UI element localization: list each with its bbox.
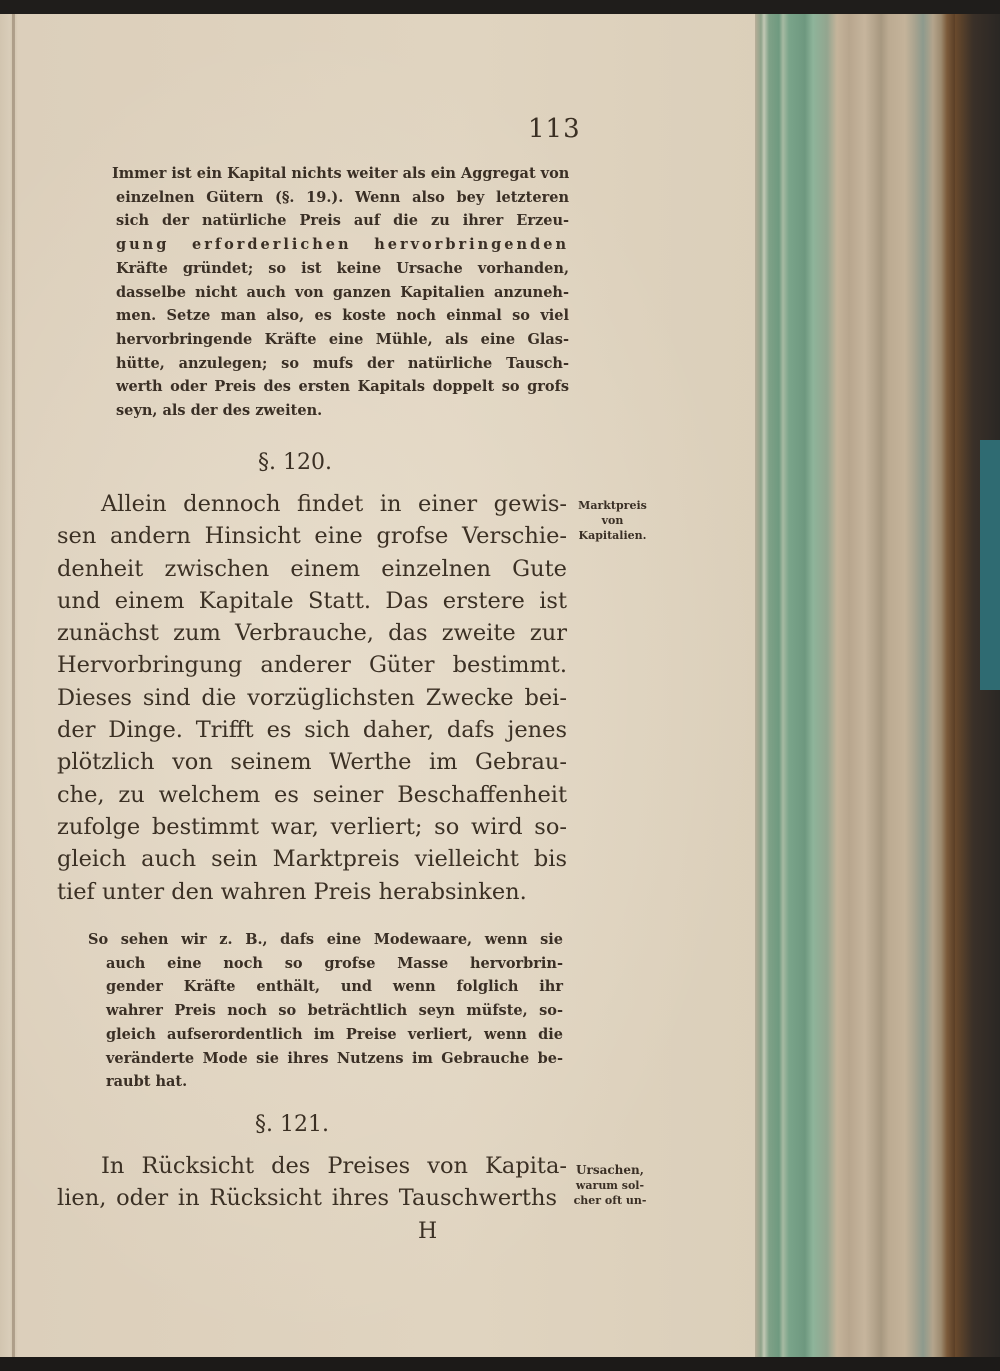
text-line: zufolge bestimmt war, verliert; so wird … [57,811,567,843]
text-line: tief unter den wahren Preis herabsinken. [57,876,567,908]
text-line: einzelnen Gütern (§. 19.). Wenn also bey… [116,186,569,210]
text-line: gender Kräfte enthält, und wenn folglich… [106,975,563,999]
cover-tab [980,440,1000,690]
margin-note-line: Ursachen, [568,1163,652,1178]
margin-note-marktpreis: Marktpreis von Kapitalien. [570,498,655,543]
text-line: che, zu welchem es seiner Beschaffenheit [57,779,567,811]
text-line: sen andern Hinsicht eine grofse Verschie… [57,520,567,552]
text-line: Hervorbringung anderer Güter bestimmt. [57,649,567,681]
text-line: Dieses sind die vorzüglichsten Zwecke be… [57,682,567,714]
text-line: gleich aufserordentlich im Preise verlie… [106,1023,563,1047]
signature-mark: H [418,1219,437,1244]
text-line: dasselbe nicht auch von ganzen Kapitalie… [116,281,569,305]
text-line: men. Setze man also, es koste noch einma… [116,304,569,328]
text-line: gung erforderlichen hervorbringenden [116,233,569,257]
margin-note-line: Kapitalien. [570,528,655,543]
text-line: gleich auch sein Marktpreis vielleicht b… [57,843,567,875]
text-line: werth oder Preis des ersten Kapitals dop… [116,375,569,399]
text-line: der Dinge. Trifft es sich daher, dafs je… [57,714,567,746]
text-line: veränderte Mode sie ihres Nutzens im Geb… [106,1047,563,1071]
text-line: hütte, anzulegen; so mufs der natürliche… [116,352,569,376]
margin-note-ursachen: Ursachen, warum sol- cher oft un- [568,1163,652,1208]
margin-note-line: cher oft un- [568,1193,652,1208]
text-line: auch eine noch so grofse Masse hervorbri… [106,952,563,976]
page-gutter [12,14,15,1359]
paragraph-section-120: Allein dennoch findet in einer gewis- se… [57,488,567,908]
paragraph-capital-aggregate: Immer ist ein Kapital nichts weiter als … [116,162,569,423]
text-line: Kräfte gründet; so ist keine Ursache vor… [116,257,569,281]
text-line: und einem Kapitale Statt. Das erstere is… [57,585,567,617]
margin-note-line: warum sol- [568,1178,652,1193]
text-line: denheit zwischen einem einzelnen Gute [57,553,567,585]
text-line: Allein dennoch findet in einer gewis- [57,488,567,520]
text-line: seyn, als der des zweiten. [116,399,569,423]
page-number: 113 [528,114,581,144]
paragraph-section-121: In Rücksicht des Preises von Kapita- lie… [57,1150,567,1215]
text-line: hervorbringende Kräfte eine Mühle, als e… [116,328,569,352]
text-line: wahrer Preis noch so beträchtlich seyn m… [106,999,563,1023]
text-line: In Rücksicht des Preises von Kapita- [57,1150,567,1182]
text-line: lien, oder in Rücksicht ihres Tauschwert… [57,1182,557,1214]
scan-bottom-edge [0,1357,1000,1371]
text-line: plötzlich von seinem Werthe im Gebrau- [57,746,567,778]
text-line: Immer ist ein Kapital nichts weiter als … [112,162,569,186]
margin-note-line: von [570,513,655,528]
text-line: So sehen wir z. B., dafs eine Modewaare,… [88,928,563,952]
section-heading-120: §. 120. [258,450,332,475]
text-line: zunächst zum Verbrauche, das zweite zur [57,617,567,649]
section-heading-121: §. 121. [255,1112,329,1137]
page-edges-stack [755,14,955,1359]
text-line: raubt hat. [106,1070,563,1094]
text-line: sich der natürliche Preis auf die zu ihr… [116,209,569,233]
paragraph-example-modewaare: So sehen wir z. B., dafs eine Modewaare,… [88,928,563,1094]
margin-note-line: Marktpreis [570,498,655,513]
